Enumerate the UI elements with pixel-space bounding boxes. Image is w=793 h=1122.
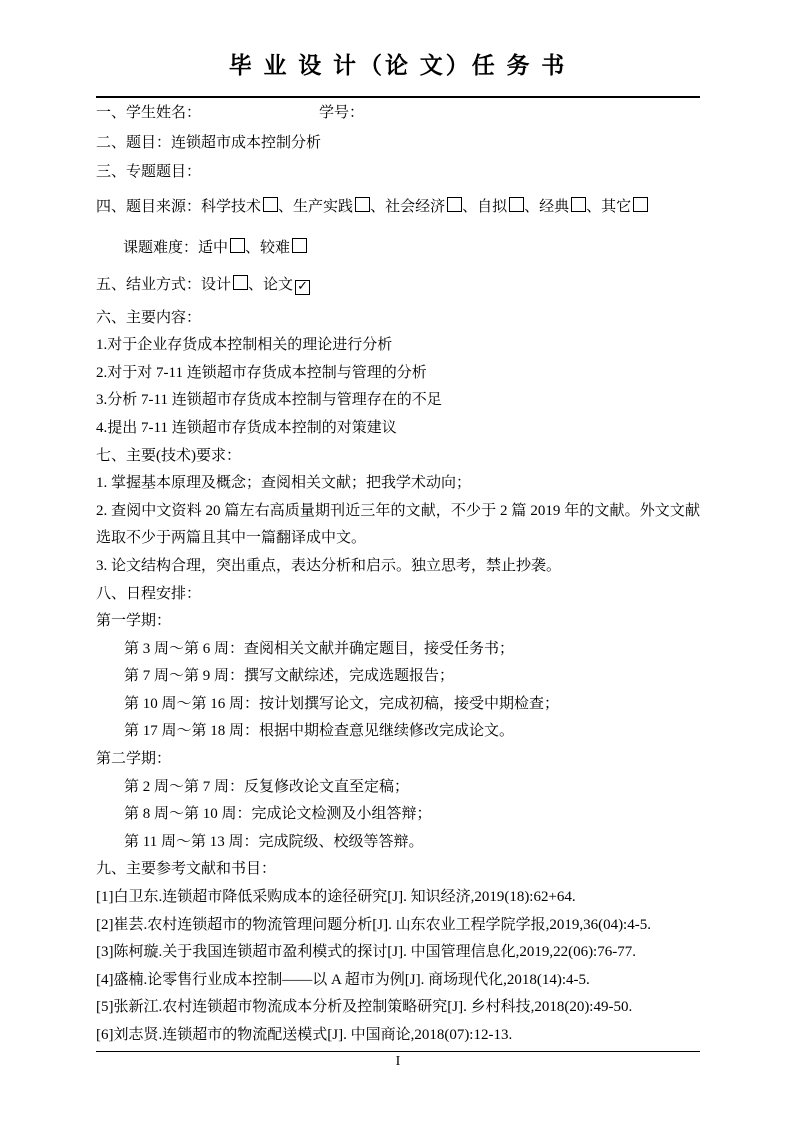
student-name-label: 一、学生姓名：	[96, 105, 201, 121]
student-id-label: 学号：	[319, 105, 364, 121]
document-page: 毕 业 设 计（论 文）任 务 书 一、学生姓名：学号： 二、题目：连锁超市成本…	[0, 0, 793, 1122]
semester2-item: 第 8 周～第 10 周：完成论文检测及小组答辩；	[96, 801, 700, 829]
main-content-item: 2.对于对 7-11 连锁超市存货成本控制与管理的分析	[96, 360, 700, 388]
option-classic-label: 经典	[539, 199, 569, 215]
completion-label: 五、结业方式：	[96, 277, 201, 293]
title-divider	[96, 96, 700, 98]
checkbox-design[interactable]	[233, 275, 248, 290]
requirement-item: 2. 查阅中文资料 20 篇左右高质量期刊近三年的文献，不少于 2 篇 2019…	[96, 498, 700, 553]
document-content: 毕 业 设 计（论 文）任 务 书 一、学生姓名：学号： 二、题目：连锁超市成本…	[96, 0, 700, 1050]
main-content-item: 1.对于企业存货成本控制相关的理论进行分析	[96, 332, 700, 360]
option-other-label: 其它	[601, 199, 631, 215]
separator: 、	[586, 199, 601, 215]
reference-item: [3]陈柯璇.关于我国连锁超市盈利模式的探讨[J]. 中国管理信息化,2019,…	[96, 939, 700, 967]
semester1-item: 第 7 周～第 9 周：撰写文献综述，完成选题报告；	[96, 663, 700, 691]
checkbox-science-tech[interactable]	[263, 197, 278, 212]
topic-value: 连锁超市成本控制分析	[171, 135, 321, 151]
checkbox-thesis-checked[interactable]: ✓	[295, 280, 310, 295]
checkbox-social-economy[interactable]	[447, 197, 462, 212]
separator: 、	[370, 199, 385, 215]
option-science-tech-label: 科学技术	[201, 199, 261, 215]
separator: 、	[245, 240, 260, 256]
separator: 、	[524, 199, 539, 215]
schedule-heading: 八、日程安排：	[96, 581, 700, 609]
footer-divider	[96, 1051, 700, 1052]
semester2-list: 第 2 周～第 7 周：反复修改论文直至定稿；第 8 周～第 10 周：完成论文…	[96, 774, 700, 857]
semester1-list: 第 3 周～第 6 周：查阅相关文献并确定题目，接受任务书；第 7 周～第 9 …	[96, 636, 700, 746]
requirements-heading: 七、主要(技术)要求：	[96, 443, 700, 471]
semester1-item: 第 17 周～第 18 周：根据中期检查意见继续修改完成论文。	[96, 718, 700, 746]
semester1-item: 第 3 周～第 6 周：查阅相关文献并确定题目，接受任务书；	[96, 636, 700, 664]
page-title: 毕 业 设 计（论 文）任 务 书	[96, 50, 700, 82]
semester1-label: 第一学期：	[96, 608, 700, 636]
page-number: I	[96, 1054, 700, 1070]
option-design-label: 设计	[201, 277, 231, 293]
subtopic-line: 三、专题题目：	[96, 159, 700, 187]
checkbox-production-practice[interactable]	[355, 197, 370, 212]
main-content-item: 4.提出 7-11 连锁超市存货成本控制的对策建议	[96, 415, 700, 443]
option-social-economy-label: 社会经济	[385, 199, 445, 215]
main-content-item: 3.分析 7-11 连锁超市存货成本控制与管理存在的不足	[96, 387, 700, 415]
option-moderate-label: 适中	[198, 240, 228, 256]
reference-item: [6]刘志贤.连锁超市的物流配送模式[J]. 中国商论,2018(07):12-…	[96, 1022, 700, 1050]
completion-line: 五、结业方式：设计、论文✓	[96, 272, 700, 300]
main-content-heading: 六、主要内容：	[96, 305, 700, 333]
topic-label: 二、题目：	[96, 135, 171, 151]
difficulty-label: 课题难度：	[123, 240, 198, 256]
subtopic-label: 三、专题题目：	[96, 164, 201, 180]
requirement-item: 1. 掌握基本原理及概念；查阅相关文献；把我学术动向；	[96, 470, 700, 498]
main-content-list: 1.对于企业存货成本控制相关的理论进行分析2.对于对 7-11 连锁超市存货成本…	[96, 332, 700, 442]
checkbox-moderate[interactable]	[230, 238, 245, 253]
option-self-proposed-label: 自拟	[477, 199, 507, 215]
checkbox-other[interactable]	[633, 197, 648, 212]
topic-line: 二、题目：连锁超市成本控制分析	[96, 130, 700, 158]
option-thesis-label: 论文	[263, 277, 293, 293]
semester2-item: 第 11 周～第 13 周：完成院级、校级等答辩。	[96, 829, 700, 857]
references-heading: 九、主要参考文献和书目：	[96, 856, 700, 884]
check-mark-icon: ✓	[297, 279, 308, 294]
separator: 、	[462, 199, 477, 215]
reference-item: [2]崔芸.农村连锁超市的物流管理问题分析[J]. 山东农业工程学院学报,201…	[96, 912, 700, 940]
semester1-item: 第 10 周～第 16 周：按计划撰写论文，完成初稿，接受中期检查；	[96, 691, 700, 719]
separator: 、	[278, 199, 293, 215]
reference-item: [1]白卫东.连锁超市降低采购成本的途径研究[J]. 知识经济,2019(18)…	[96, 884, 700, 912]
page-footer: I	[96, 1051, 700, 1070]
requirements-list: 1. 掌握基本原理及概念；查阅相关文献；把我学术动向；2. 查阅中文资料 20 …	[96, 470, 700, 580]
difficulty-line: 课题难度：适中、较难	[96, 235, 700, 263]
topic-source-label: 四、题目来源：	[96, 199, 201, 215]
checkbox-self-proposed[interactable]	[509, 197, 524, 212]
checkbox-difficult[interactable]	[292, 238, 307, 253]
semester2-label: 第二学期：	[96, 746, 700, 774]
references-list: [1]白卫东.连锁超市降低采购成本的途径研究[J]. 知识经济,2019(18)…	[96, 884, 700, 1050]
reference-item: [4]盛楠.论零售行业成本控制——以 A 超市为例[J]. 商场现代化,2018…	[96, 967, 700, 995]
separator: 、	[248, 277, 263, 293]
topic-source-line: 四、题目来源：科学技术、生产实践、社会经济、自拟、经典、其它	[96, 194, 700, 222]
option-production-practice-label: 生产实践	[293, 199, 353, 215]
requirement-item: 3. 论文结构合理，突出重点，表达分析和启示。独立思考，禁止抄袭。	[96, 553, 700, 581]
student-info-line: 一、学生姓名：学号：	[96, 100, 700, 128]
semester2-item: 第 2 周～第 7 周：反复修改论文直至定稿；	[96, 774, 700, 802]
checkbox-classic[interactable]	[571, 197, 586, 212]
option-difficult-label: 较难	[260, 240, 290, 256]
reference-item: [5]张新江.农村连锁超市物流成本分析及控制策略研究[J]. 乡村科技,2018…	[96, 994, 700, 1022]
